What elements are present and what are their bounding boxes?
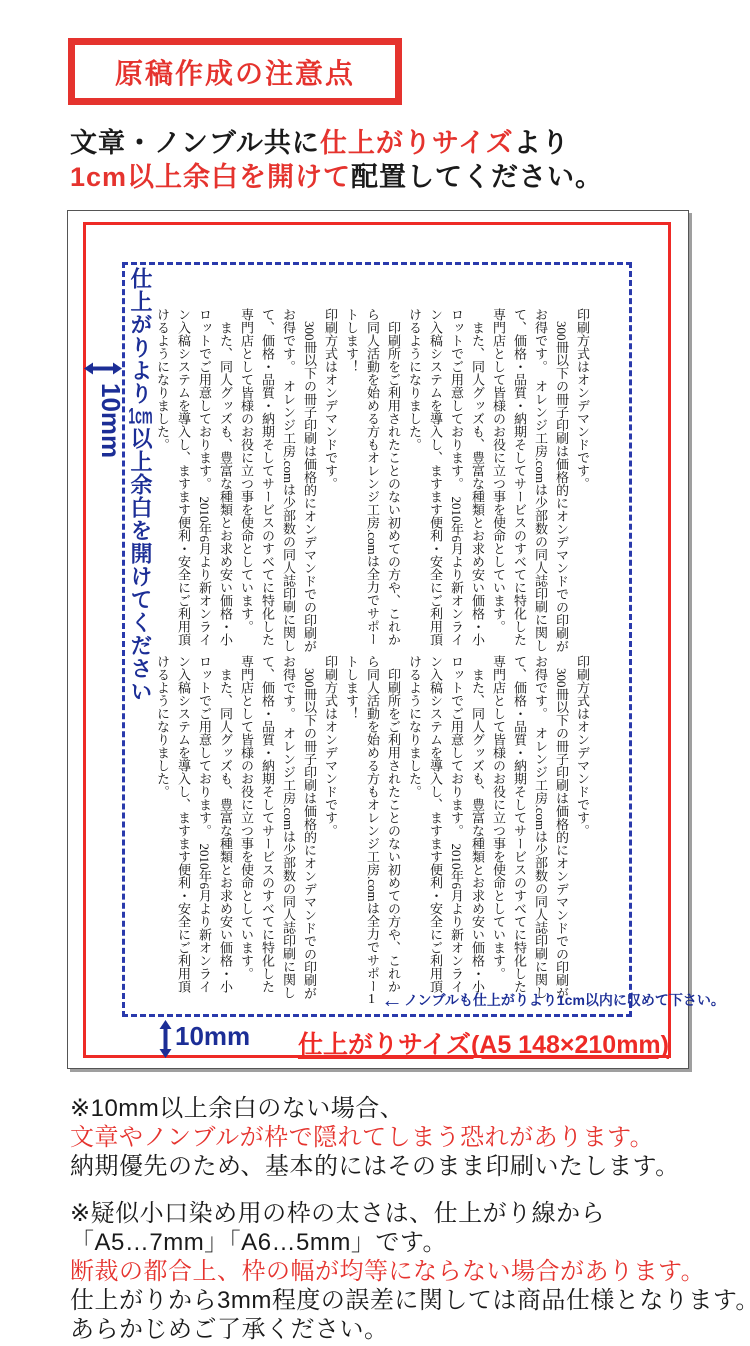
finish-size-label: 仕上がりサイズ(A5 148×210mm) bbox=[298, 1025, 669, 1061]
page-number: 1 bbox=[368, 992, 375, 1008]
sample-page: 仕上がりより1cm以上余白を開けてください 10mm 印刷方式はオンデマンドです… bbox=[67, 210, 689, 1069]
nombre-note: ← ノンブルも仕上がりより1cm以内に収めて下さい。 bbox=[381, 989, 725, 1011]
note-line: ※疑似小口染め用の枠の太さは、仕上がり線から bbox=[70, 1199, 750, 1228]
note-margin-warning: ※10mm以上余白のない場合、 文章やノンブルが枠で隠れてしまう恐れがあります。… bbox=[70, 1094, 680, 1181]
note-line: 仕上がりから3mm程度の誤差に関しては商品仕様となります。 bbox=[70, 1286, 750, 1315]
left-margin-measure: 10mm bbox=[95, 383, 126, 458]
note-line: あらかじめご了承ください。 bbox=[70, 1315, 750, 1344]
page: 原稿作成の注意点 文章・ノンブル共に仕上がりサイズより 1cm以上余白を開けて配… bbox=[0, 0, 750, 1346]
note-line: 納期優先のため、基本的にはそのまま印刷いたします。 bbox=[70, 1152, 680, 1181]
note-line-red: 断裁の都合上、枠の幅が均等にならない場合があります。 bbox=[70, 1257, 750, 1286]
left-margin-arrow-icon bbox=[84, 362, 122, 375]
page-text-block-lower: 印刷方式はオンデマンドです。 300冊以下の冊子印刷は価格的にオンデマンドでの印… bbox=[148, 655, 593, 1005]
note-line: 「A5…7mm」「A6…5mm」です。 bbox=[70, 1228, 750, 1257]
page-title: 原稿作成の注意点 bbox=[115, 52, 355, 92]
bottom-margin-measure: 10mm bbox=[175, 1021, 250, 1052]
intro-line-2: 1cm以上余白を開けて配置してください。 bbox=[70, 160, 603, 194]
title-box: 原稿作成の注意点 bbox=[68, 38, 402, 105]
note-frame-width: ※疑似小口染め用の枠の太さは、仕上がり線から 「A5…7mm」「A6…5mm」で… bbox=[70, 1199, 750, 1344]
left-arrow-icon: ← bbox=[381, 989, 403, 1011]
note-line-red: 文章やノンブルが枠で隠れてしまう恐れがあります。 bbox=[70, 1123, 680, 1152]
intro-text: 文章・ノンブル共に仕上がりサイズより 1cm以上余白を開けて配置してください。 bbox=[70, 126, 603, 194]
intro-line-1: 文章・ノンブル共に仕上がりサイズより bbox=[70, 126, 603, 160]
page-text-block-upper: 印刷方式はオンデマンドです。 300冊以下の冊子印刷は価格的にオンデマンドでの印… bbox=[148, 308, 593, 658]
bottom-margin-arrow-icon bbox=[159, 1020, 172, 1058]
note-line: ※10mm以上余白のない場合、 bbox=[70, 1094, 680, 1123]
